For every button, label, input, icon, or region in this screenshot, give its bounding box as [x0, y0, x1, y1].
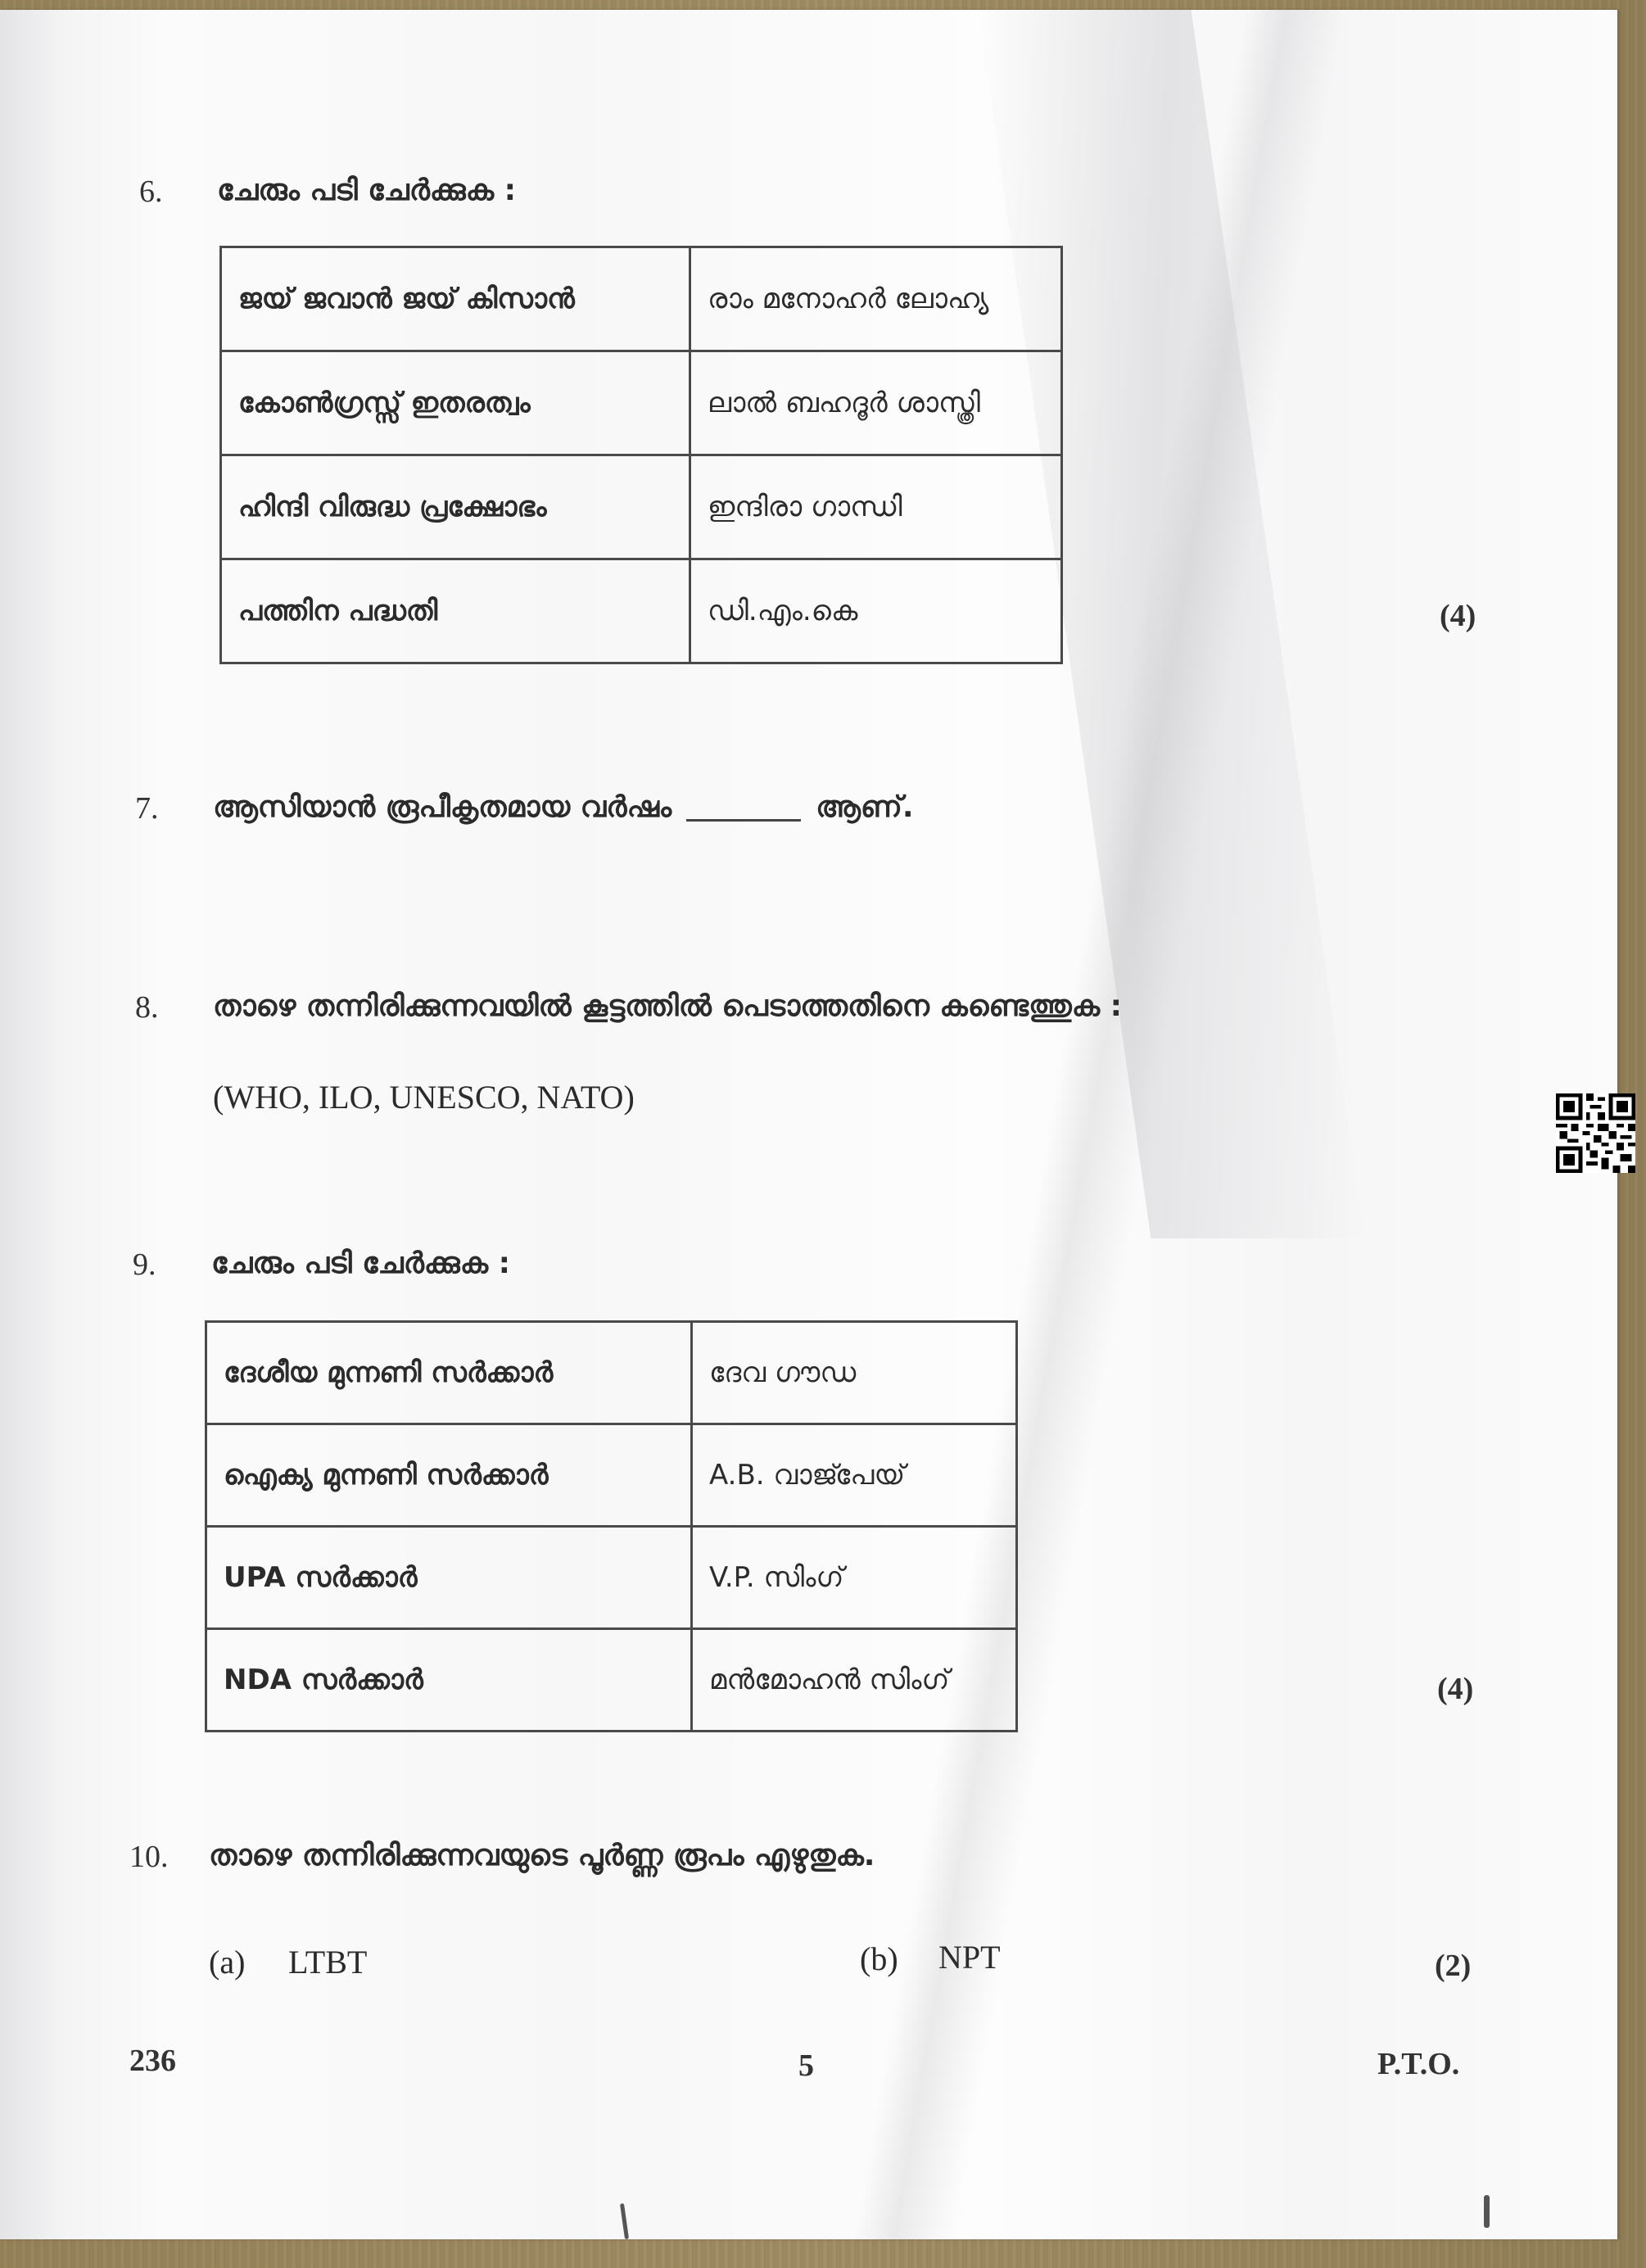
- table-cell-left: പത്തിന പദ്ധതി: [221, 559, 690, 663]
- question-8-options: (WHO, ILO, UNESCO, NATO): [213, 1078, 635, 1116]
- table-cell-right: മൻമോഹൻ സിംഗ്: [692, 1629, 1017, 1732]
- table-cell-right: രാം മനോഹർ ലോഹ്യ: [690, 247, 1062, 351]
- table-row: ജയ് ജവാൻ ജയ് കിസാൻ രാം മനോഹർ ലോഹ്യ: [221, 247, 1062, 351]
- question-10-part-a-label: (a): [209, 1943, 245, 1981]
- paper-code: 236: [129, 2043, 176, 2079]
- question-10-part-a-text: LTBT: [288, 1943, 367, 1981]
- question-6-number: 6.: [139, 174, 163, 210]
- question-9-prompt: ചേരും പടി ചേർക്കുക :: [211, 1247, 510, 1281]
- question-9-number: 9.: [133, 1247, 156, 1283]
- answer-blank: [686, 819, 801, 822]
- page-number: 5: [798, 2048, 814, 2084]
- question-6-match-table: ജയ് ജവാൻ ജയ് കിസാൻ രാം മനോഹർ ലോഹ്യ കോൺഗ്…: [219, 246, 1063, 664]
- table-row: പത്തിന പദ്ധതി ഡി.എം.കെ: [221, 559, 1062, 663]
- table-cell-right: ഇന്ദിരാ ഗാന്ധി: [690, 455, 1062, 559]
- table-cell-left: ഹിന്ദി വിരുദ്ധ പ്രക്ഷോഭം: [221, 455, 690, 559]
- table-cell-left: ജയ് ജവാൻ ജയ് കിസാൻ: [221, 247, 690, 351]
- question-9-marks: (4): [1437, 1671, 1473, 1707]
- table-cell-right: V.P. സിംഗ്: [692, 1527, 1017, 1629]
- pen-mark: [1484, 2195, 1490, 2228]
- table-cell-right: ദേവ ഗൗഡ: [692, 1322, 1017, 1424]
- question-7-prompt-before: ആസിയാൻ രൂപീകൃതമായ വർഷം: [213, 790, 672, 824]
- table-cell-left: കോൺഗ്രസ്സ് ഇതരത്വം: [221, 351, 690, 455]
- question-8-prompt: താഴെ തന്നിരിക്കുന്നവയിൽ കൂട്ടത്തിൽ പെടാത…: [213, 989, 1122, 1024]
- table-cell-left: ഐക്യ മുന്നണി സർക്കാർ: [206, 1424, 692, 1527]
- table-row: കോൺഗ്രസ്സ് ഇതരത്വം ലാൽ ബഹദൂർ ശാസ്ത്രി: [221, 351, 1062, 455]
- table-cell-right: ലാൽ ബഹദൂർ ശാസ്ത്രി: [690, 351, 1062, 455]
- table-row: UPA സർക്കാർ V.P. സിംഗ്: [206, 1527, 1017, 1629]
- table-row: ഐക്യ മുന്നണി സർക്കാർ A.B. വാജ്പേയ്: [206, 1424, 1017, 1527]
- table-cell-left: UPA സർക്കാർ: [206, 1527, 692, 1629]
- table-cell-left: NDA സർക്കാർ: [206, 1629, 692, 1732]
- question-10-part-b-text: NPT: [938, 1938, 1001, 1976]
- question-7-number: 7.: [135, 790, 159, 826]
- table-cell-left: ദേശീയ മുന്നണി സർക്കാർ: [206, 1322, 692, 1424]
- question-10-prompt: താഴെ തന്നിരിക്കുന്നവയുടെ പൂർണ്ണ രൂപം എഴു…: [209, 1839, 875, 1873]
- question-6-prompt: ചേരും പടി ചേർക്കുക :: [217, 174, 516, 208]
- table-row: ഹിന്ദി വിരുദ്ധ പ്രക്ഷോഭം ഇന്ദിരാ ഗാന്ധി: [221, 455, 1062, 559]
- question-8-number: 8.: [135, 989, 159, 1025]
- table-row: ദേശീയ മുന്നണി സർക്കാർ ദേവ ഗൗഡ: [206, 1322, 1017, 1424]
- qr-code-icon: [1556, 1093, 1635, 1173]
- question-10-marks: (2): [1435, 1948, 1471, 1984]
- question-9-match-table: ദേശീയ മുന്നണി സർക്കാർ ദേവ ഗൗഡ ഐക്യ മുന്ന…: [205, 1320, 1018, 1732]
- table-cell-right: ഡി.എം.കെ: [690, 559, 1062, 663]
- question-7-prompt-after: ആണ്.: [816, 790, 913, 824]
- table-cell-right: A.B. വാജ്പേയ്: [692, 1424, 1017, 1527]
- question-7-prompt: ആസിയാൻ രൂപീകൃതമായ വർഷംആണ്.: [213, 790, 914, 825]
- pto-label: P.T.O.: [1377, 2046, 1459, 2082]
- question-10-part-b-label: (b): [860, 1940, 898, 1978]
- table-row: NDA സർക്കാർ മൻമോഹൻ സിംഗ്: [206, 1629, 1017, 1732]
- question-10-number: 10.: [129, 1839, 169, 1875]
- question-6-marks: (4): [1440, 598, 1476, 634]
